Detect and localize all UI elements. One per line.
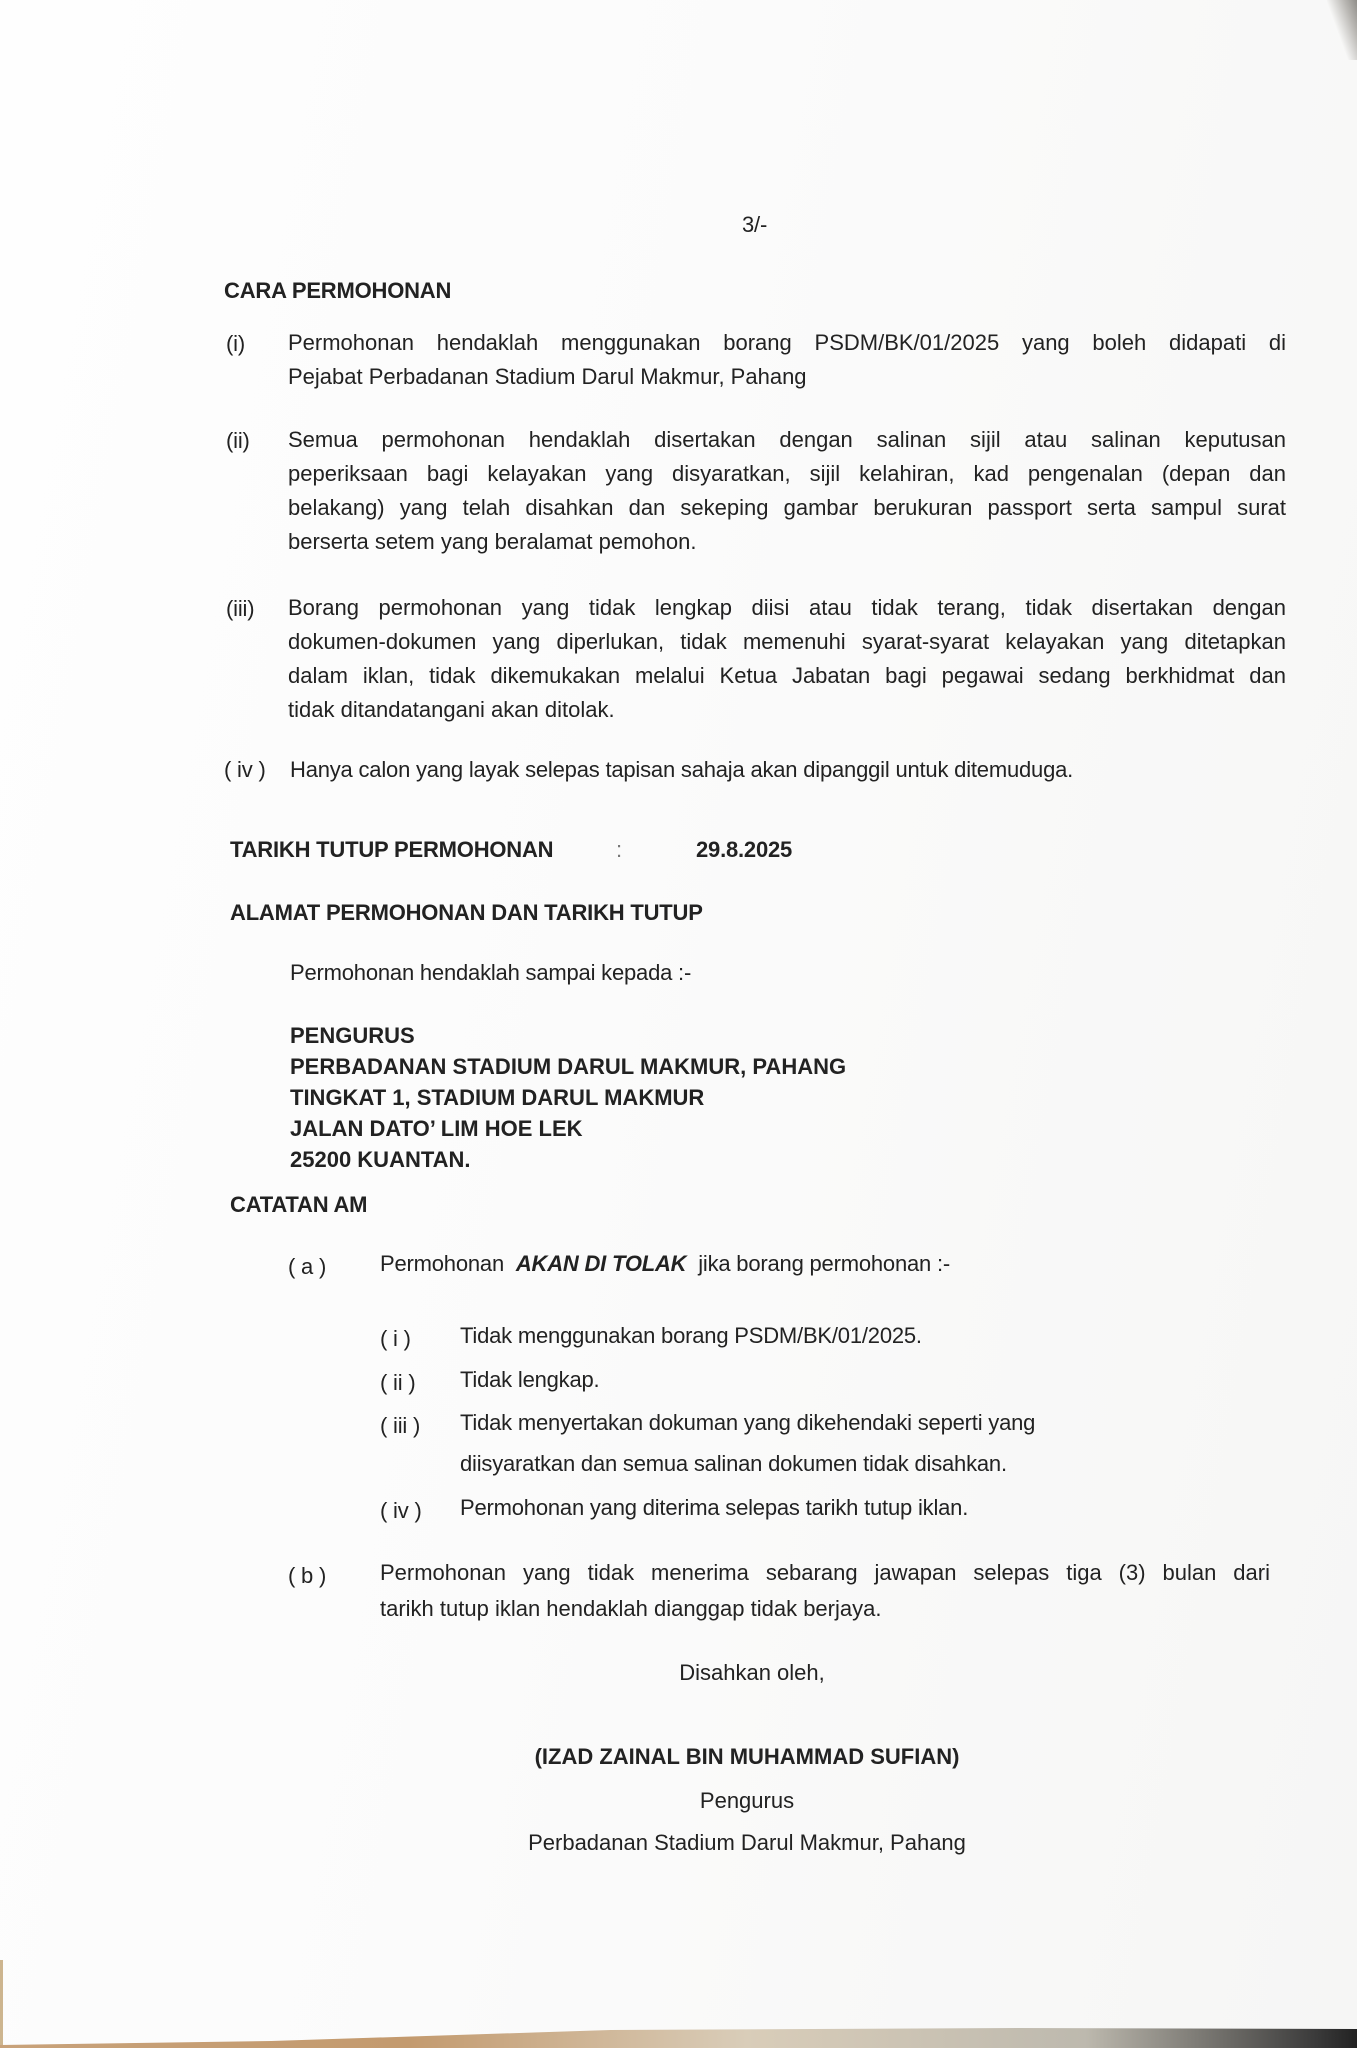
address-line: TINGKAT 1, STADIUM DARUL MAKMUR	[290, 1082, 846, 1113]
address-block: PENGURUS PERBADANAN STADIUM DARUL MAKMUR…	[290, 1020, 846, 1175]
text-line: Borang permohonan yang tidak lengkap dii…	[288, 591, 1286, 625]
page-left-edge	[0, 1960, 3, 2048]
text-line: tarikh tutup iklan hendaklah dianggap ti…	[380, 1591, 1270, 1627]
page-corner-shadow	[1327, 0, 1357, 60]
signatory-title: Pengurus	[700, 1788, 794, 1814]
subitem-text: Tidak menggunakan borang PSDM/BK/01/2025…	[460, 1323, 922, 1349]
text-line: peperiksaan bagi kelayakan yang disyarat…	[288, 457, 1286, 491]
text-line: tidak ditandatangani akan ditolak.	[288, 693, 1286, 727]
item-text-i: Permohonan hendaklah menggunakan borang …	[288, 326, 1286, 394]
page-number: 3/-	[742, 212, 767, 238]
note-marker-b: ( b )	[288, 1563, 326, 1589]
closing-date-separator: :	[616, 837, 622, 863]
section-heading-catatan-am: CATATAN AM	[230, 1192, 367, 1218]
section-heading-alamat: ALAMAT PERMOHONAN DAN TARIKH TUTUP	[230, 900, 703, 926]
note-emphasis: AKAN DI TOLAK	[516, 1251, 687, 1276]
subitem-text: Tidak lengkap.	[460, 1367, 599, 1393]
page-bottom-edge	[0, 2028, 1357, 2048]
signatory-organization: Perbadanan Stadium Darul Makmur, Pahang	[528, 1830, 966, 1856]
item-text-ii: Semua permohonan hendaklah disertakan de…	[288, 423, 1286, 559]
address-line: PERBADANAN STADIUM DARUL MAKMUR, PAHANG	[290, 1051, 846, 1082]
section-heading-cara-permohonan: CARA PERMOHONAN	[224, 278, 451, 304]
text-line: Pejabat Perbadanan Stadium Darul Makmur,…	[288, 360, 1286, 394]
address-line: JALAN DATO’ LIM HOE LEK	[290, 1113, 846, 1144]
subitem-marker: ( ii )	[380, 1370, 415, 1396]
item-marker: (i)	[226, 331, 245, 357]
address-line: PENGURUS	[290, 1020, 846, 1051]
subitem-text: Permohonan yang diterima selepas tarikh …	[460, 1495, 968, 1521]
note-text-after: jika borang permohonan :-	[698, 1251, 950, 1276]
subitem-text: Tidak menyertakan dokuman yang dikehenda…	[460, 1410, 1035, 1436]
subitem-text: diisyaratkan dan semua salinan dokumen t…	[460, 1451, 1007, 1477]
text-line: belakang) yang telah disahkan dan sekepi…	[288, 491, 1286, 525]
note-text-a: Permohonan AKAN DI TOLAK jika borang per…	[380, 1251, 950, 1277]
verified-by-label: Disahkan oleh,	[679, 1660, 825, 1686]
scanned-page: 3/- CARA PERMOHONAN (i) Permohonan henda…	[0, 0, 1357, 2048]
closing-date-label: TARIKH TUTUP PERMOHONAN	[230, 837, 553, 863]
text-line: dokumen-dokumen yang diperlukan, tidak m…	[288, 625, 1286, 659]
address-line: 25200 KUANTAN.	[290, 1144, 846, 1175]
text-line: dalam iklan, tidak dikemukakan melalui K…	[288, 659, 1286, 693]
note-text-b: Permohonan yang tidak menerima sebarang …	[380, 1555, 1270, 1627]
closing-date-value: 29.8.2025	[696, 837, 792, 863]
text-line: Semua permohonan hendaklah disertakan de…	[288, 423, 1286, 457]
subitem-marker: ( i )	[380, 1326, 411, 1352]
item-marker: (iii)	[226, 596, 254, 622]
item-text-iii: Borang permohonan yang tidak lengkap dii…	[288, 591, 1286, 727]
subitem-marker: ( iii )	[380, 1413, 420, 1439]
subitem-marker: ( iv )	[380, 1498, 422, 1524]
text-line: Permohonan hendaklah menggunakan borang …	[288, 326, 1286, 360]
text-line: berserta setem yang beralamat pemohon.	[288, 525, 1286, 559]
address-intro: Permohonan hendaklah sampai kepada :-	[290, 960, 691, 986]
note-text-before: Permohonan	[380, 1251, 504, 1276]
item-marker: (ii)	[226, 428, 250, 454]
text-line: Permohonan yang tidak menerima sebarang …	[380, 1555, 1270, 1591]
signatory-name: (IZAD ZAINAL BIN MUHAMMAD SUFIAN)	[535, 1744, 960, 1770]
item-marker: ( iv )	[224, 757, 266, 783]
item-text-iv: Hanya calon yang layak selepas tapisan s…	[290, 757, 1073, 783]
note-marker-a: ( a )	[288, 1254, 326, 1280]
